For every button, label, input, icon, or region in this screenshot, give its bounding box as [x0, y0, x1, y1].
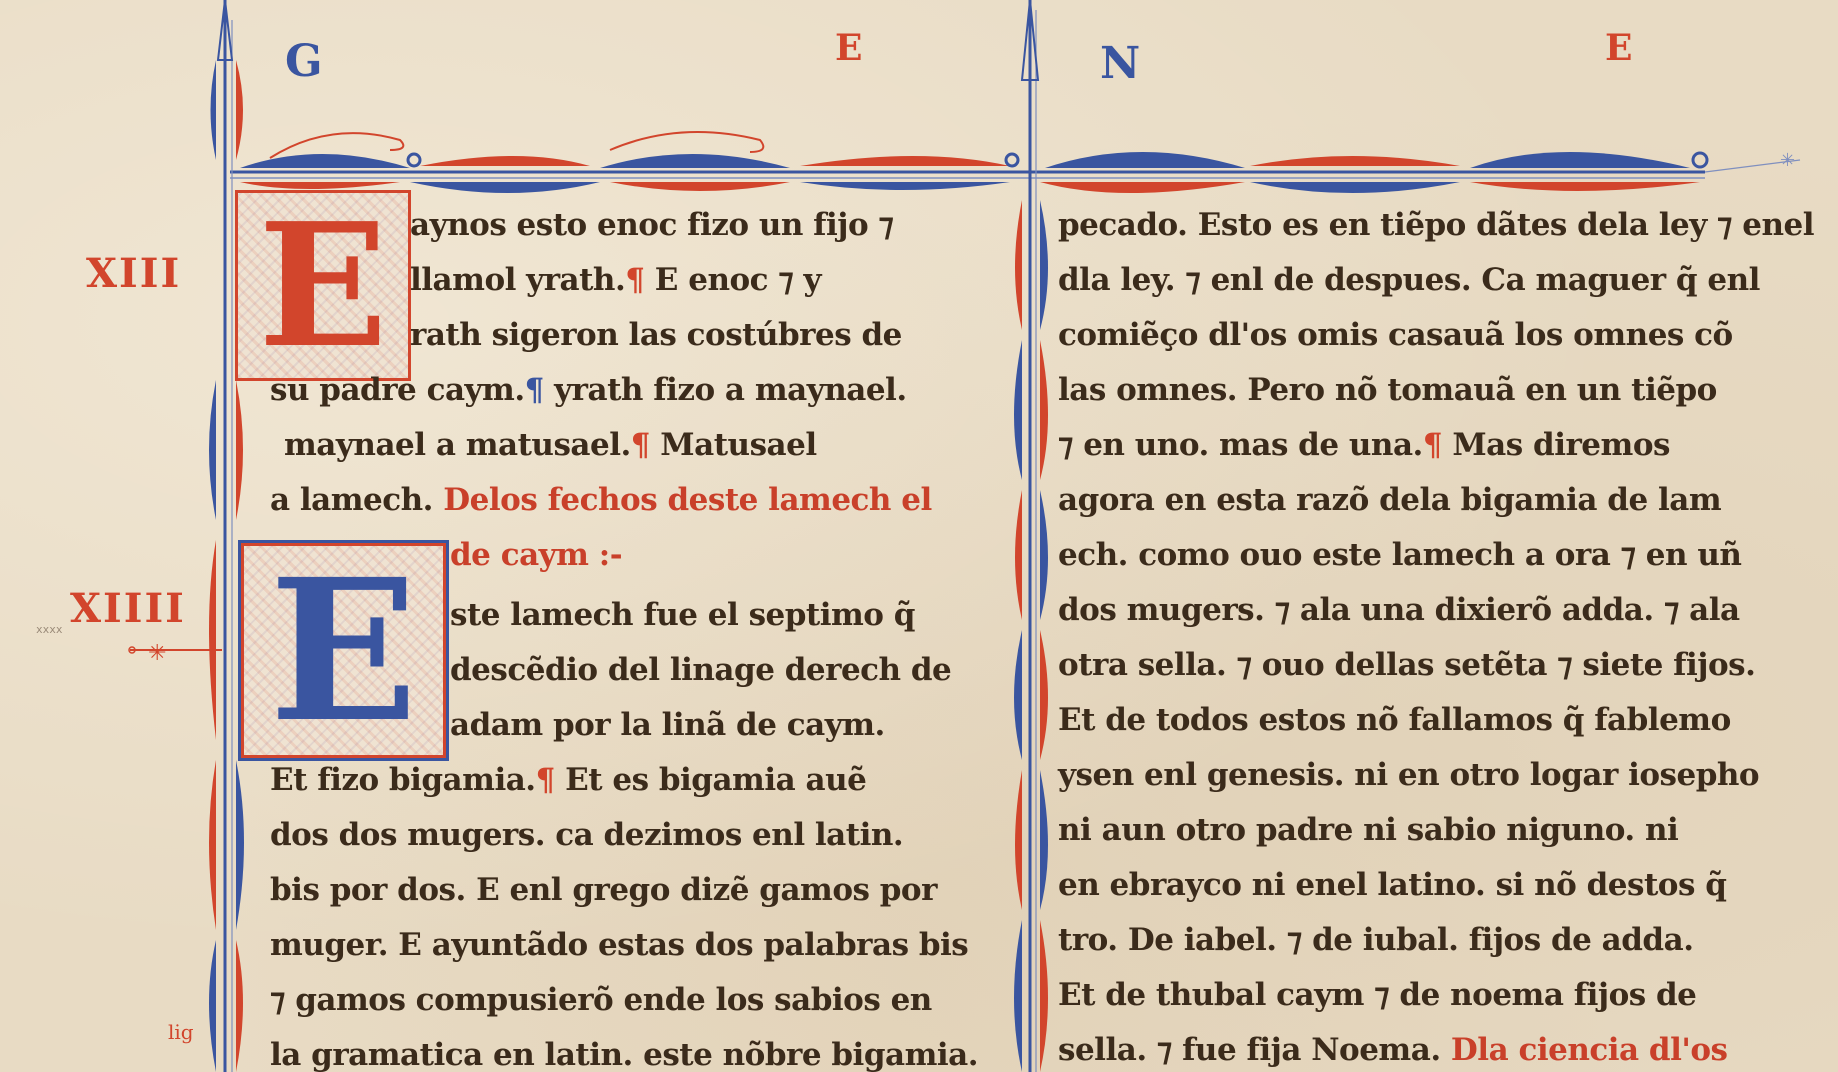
- text-line: muger. E ayuntãdo estas dos palabras bis: [270, 920, 968, 970]
- text-line: otra sella. ⁊ ouo dellas setẽta ⁊ siete …: [1058, 640, 1755, 690]
- text-line: pecado. Esto es en tiẽpo dãtes dela ley …: [1058, 200, 1814, 250]
- paraph-mark: ¶: [631, 427, 650, 463]
- rubric-heading: Dla ciencia dl'os: [1441, 1032, 1728, 1068]
- text-line: aynos esto enoc fizo un fijo ⁊: [410, 200, 893, 250]
- text-line: agora en esta razõ dela bigamia de lam: [1058, 475, 1721, 525]
- left-column-text: aynos esto enoc fizo un fijo ⁊ llamol yr…: [270, 200, 930, 1072]
- text-line: ysen enl genesis. ni en otro logar iosep…: [1058, 750, 1759, 800]
- running-head-letter-e-left: E: [835, 30, 862, 66]
- text-line: ech. como ouo este lamech a ora ⁊ en uñ: [1058, 530, 1741, 580]
- svg-text:✳: ✳: [148, 641, 166, 666]
- paraph-mark: ¶: [536, 762, 555, 798]
- paraph-mark: ¶: [525, 372, 544, 408]
- text-line: las omnes. Pero nõ tomauã en un tiẽpo: [1058, 365, 1717, 415]
- paraph-mark: ¶: [1423, 427, 1442, 463]
- paraph-mark: ¶: [625, 262, 644, 298]
- text-line: Et de thubal caym ⁊ de noema fijos de: [1058, 970, 1696, 1020]
- text-line: bis por dos. E enl grego dizẽ gamos por: [270, 865, 937, 915]
- text-line: dos dos mugers. ca dezimos enl latin.: [270, 810, 903, 860]
- text-line: ⁊ gamos compusierõ ende los sabios en: [270, 975, 932, 1025]
- text-line: descẽdio del linage derech de: [450, 645, 951, 695]
- text-line: dos mugers. ⁊ ala una dixierõ adda. ⁊ al…: [1058, 585, 1740, 635]
- svg-text:✳: ✳: [1780, 150, 1795, 171]
- text-line: a lamech. Delos fechos deste lamech el: [270, 475, 932, 525]
- text-line: Et de todos estos nõ fallamos q̃ fablemo: [1058, 695, 1731, 745]
- text-line: en ebrayco ni enel latino. si nõ destos …: [1058, 860, 1726, 910]
- text-line: dla ley. ⁊ enl de despues. Ca maguer q̃ …: [1058, 255, 1760, 305]
- text-line: su padre caym.¶ yrath fizo a maynael.: [270, 365, 907, 415]
- running-head-letter-n: N: [1100, 42, 1140, 86]
- bottom-margin-note: lig: [168, 1020, 194, 1044]
- text-line: adam por la linã de caym.: [450, 700, 885, 750]
- text-line: llamol yrath.¶ E enoc ⁊ y: [410, 255, 821, 305]
- text-line: comiẽço dl'os omis casauã los omnes cõ: [1058, 310, 1733, 360]
- running-head-letter-g: G: [285, 40, 323, 84]
- text-line: sella. ⁊ fue fija Noema. Dla ciencia dl'…: [1058, 1025, 1727, 1072]
- rubric-heading: de caym :-: [450, 537, 622, 573]
- text-line: ⁊ en uno. mas de una.¶ Mas diremos: [1058, 420, 1670, 470]
- text-line: maynael a matusael.¶ Matusael: [284, 420, 817, 470]
- text-line: Et fizo bigamia.¶ Et es bigamia auẽ: [270, 755, 866, 805]
- text-line: tro. De iabel. ⁊ de iubal. fijos de adda…: [1058, 915, 1693, 965]
- text-line: ni aun otro padre ni sabio niguno. ni: [1058, 805, 1678, 855]
- marginal-chapter-number-xiiii: XIIII: [70, 585, 186, 632]
- right-column-text: pecado. Esto es en tiẽpo dãtes dela ley …: [1058, 200, 1738, 1072]
- text-line: la gramatica en latin. este nõbre bigami…: [270, 1030, 978, 1072]
- marginal-chapter-number-xiii: XIII: [86, 250, 181, 297]
- text-line: rath sigeron las costúbres de: [410, 310, 902, 360]
- rubric-heading: Delos fechos deste lamech el: [433, 482, 932, 518]
- running-head-letter-e-right: E: [1605, 30, 1632, 66]
- pencil-margin-note: xxxx: [36, 623, 63, 636]
- text-line: de caym :-: [450, 530, 622, 580]
- text-line: ste lamech fue el septimo q̃: [450, 590, 915, 640]
